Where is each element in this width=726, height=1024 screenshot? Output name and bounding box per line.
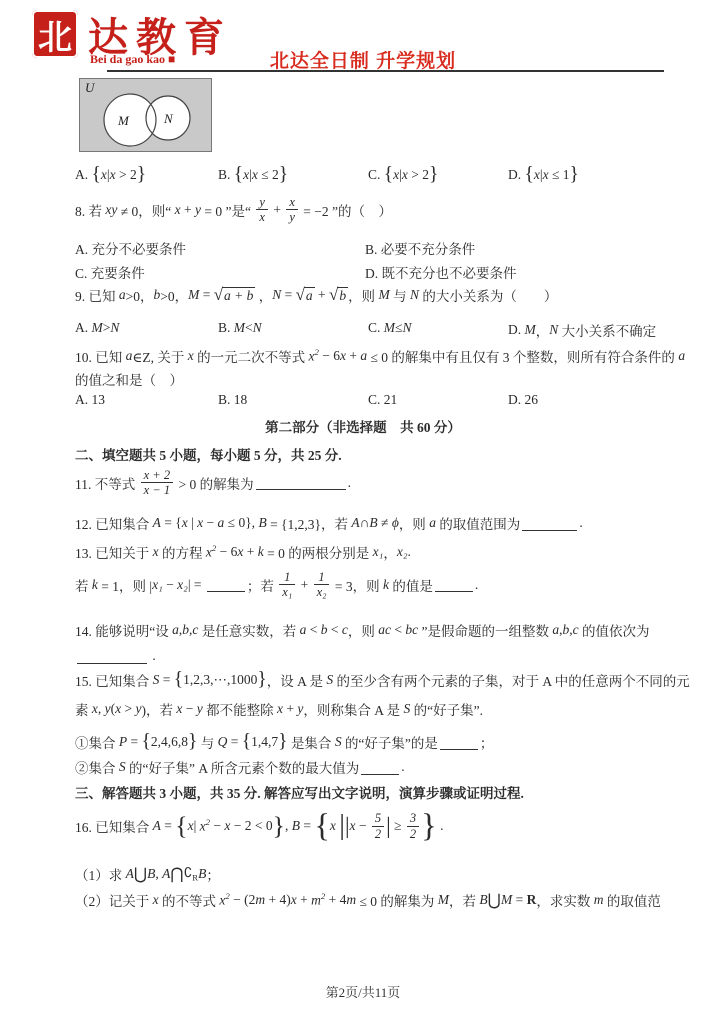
q10-option-d: D. 26 [508,392,538,408]
q9-stem: 9. 已知 a>0，b>0，M = √a + b ，N = √a + √b，则 … [75,285,557,305]
answer-blank [77,648,147,663]
fraction: 32 [407,811,419,841]
answer-blank [256,475,346,490]
q15-sub1: ①集合 P = {2,4,6,8} 与 Q = {1,4,7} 是集合 S 的“… [75,732,493,752]
answer-blank [435,577,473,592]
venn-left-label: M [117,113,130,128]
fraction: 52 [372,811,384,841]
q8-stem: 8. 若 xy ≠ 0，则“ x + y = 0 ”是“ yx + xy = −… [75,195,392,225]
fraction: 1x₁ [279,570,295,600]
fraction: x + 2x − 1 [141,468,173,498]
q16-part1: （1）求 A⋃B, A⋂∁RB； [75,864,220,884]
q8-option-b: B. 必要不充分条件 [365,238,475,258]
q7-option-b: B. {x|x ≤ 2} [218,165,288,185]
sqrt: √a + b [214,287,256,304]
q13-stem-line2: 若 k = 1，则 |x₁ − x₂| = ；若 1x₁ + 1x₂ = 3，则… [75,570,478,600]
q10-option-b: B. 18 [218,392,247,408]
q9-option-b: B. M<N [218,320,262,336]
section3-heading: 三、解答题共 3 小题，共 35 分. 解答应写出文字说明，演算步骤或证明过程. [75,782,524,802]
q14-stem-line1: 14. 能够说明“设 a,b,c 是任意实数，若 a < b < c，则 ac … [75,620,650,640]
q7-option-d: D. {x|x ≤ 1} [508,165,579,185]
q9-option-c: C. M≤N [368,320,411,336]
q9-option-d: D. M，N 大小关系不确定 [508,320,656,340]
q8-option-a: A. 充分不必要条件 [75,238,186,258]
answer-blank [440,734,478,749]
fraction: yx [256,195,268,225]
q16-part2: （2）记关于 x 的不等式 x2 − (2m + 4)x + m2 + 4m ≤… [75,890,661,910]
exam-page: 北 达教育 Bei da gao kao ■ 北达全日制 升学规划 M N U … [0,0,726,1024]
q11-stem: 11. 不等式 x + 2x − 1 > 0 的解集为. [75,468,351,498]
header-divider [107,70,664,72]
q12-stem: 12. 已知集合 A = {x | x − a ≤ 0}, B = {1,2,3… [75,513,583,533]
q15-sub2: ②集合 S 的“好子集” A 所含元素个数的最大值为. [75,757,405,777]
venn-universe-label: U [85,80,94,96]
section2-heading: 二、填空题共 5 小题，每小题 5 分，共 25 分. [75,444,342,464]
fraction: xy [286,195,298,225]
q8-option-c: C. 充要条件 [75,262,145,282]
q14-stem-line2: . [75,648,156,664]
fraction: 1x₂ [314,570,330,600]
q10-stem-line1: 10. 已知 a∈Z, 关于 x 的一元二次不等式 x2 − 6x + a ≤ … [75,346,685,366]
answer-blank [361,759,399,774]
q15-stem-line2: 素 x, y(x > y)，若 x − y 都不能整除 x + y，则称集合 A… [75,699,483,719]
q7-option-a: A. {x|x > 2} [75,165,146,185]
q16-stem: 16. 已知集合 A = {x| x2 − x − 2 < 0}, B = {x… [75,810,443,842]
venn-right-label: N [163,111,174,126]
page-number: 第2页/共11页 [0,982,726,1001]
sqrt: √a [296,287,315,304]
answer-blank [522,515,577,530]
page-number-label: 第2页/共11页 [326,982,401,1001]
venn-circles: M N [80,79,211,151]
answer-blank [207,577,245,592]
q10-option-a: A. 13 [75,392,105,408]
q10-stem-line2: 的值之和是（ ） [75,369,183,389]
q15-stem-line1: 15. 已知集合 S = {1,2,3,⋯,1000}，设 A 是 S 的至少含… [75,670,690,690]
part2-heading: 第二部分（非选择题 共 60 分） [0,416,726,436]
q9-option-a: A. M>N [75,320,119,336]
sqrt: √b [329,287,348,304]
venn-diagram: M N U [79,78,212,152]
q13-stem-line1: 13. 已知关于 x 的方程 x2 − 6x + k = 0 的两根分别是 x₁… [75,542,411,562]
q7-option-c: C. {x|x > 2} [368,165,438,185]
page-title: 北达全日制 升学规划 [0,46,726,73]
q8-option-d: D. 既不充分也不必要条件 [365,262,517,282]
q10-option-c: C. 21 [368,392,397,408]
